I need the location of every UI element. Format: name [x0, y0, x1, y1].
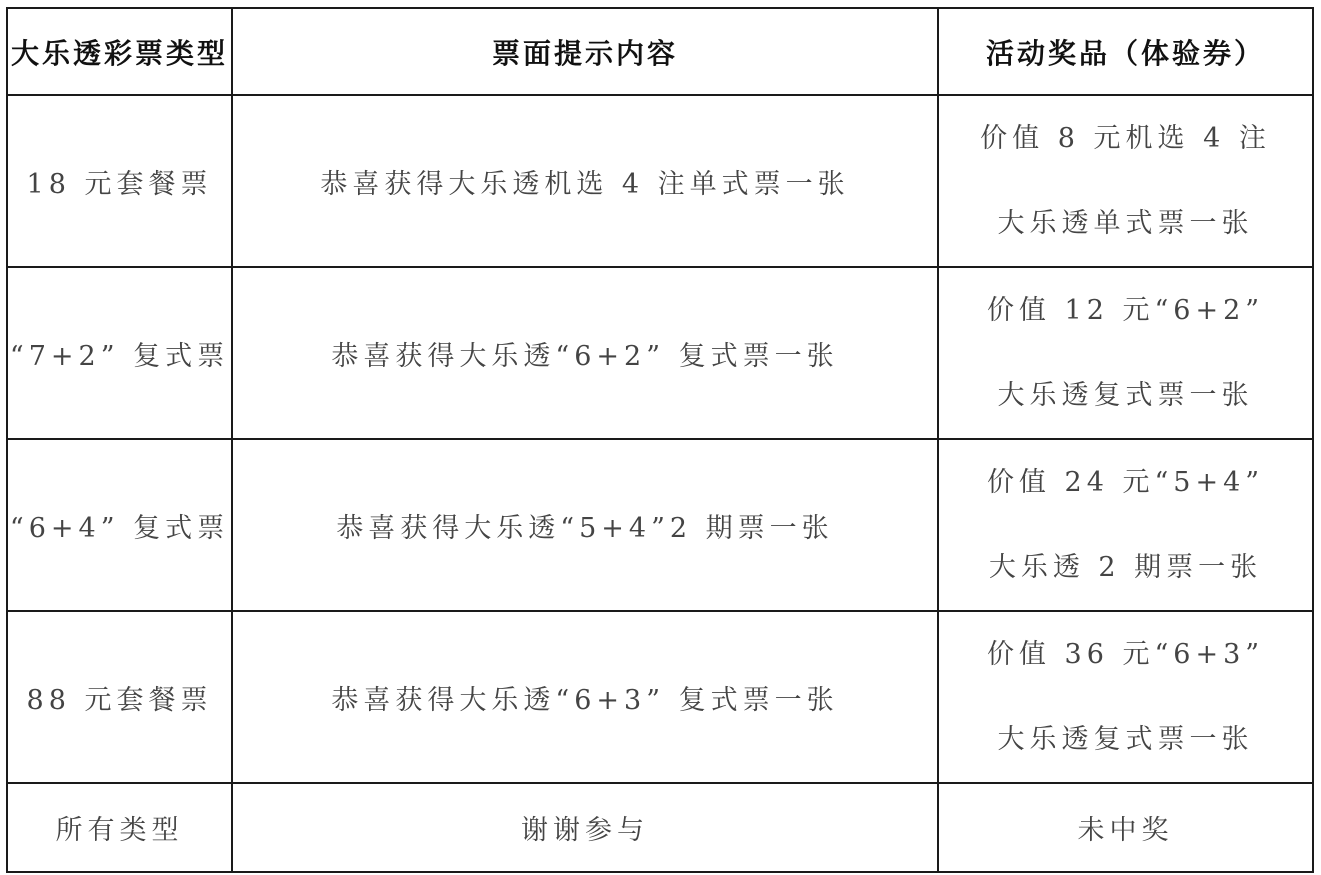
ticket-prompt-cell: 恭喜获得大乐透“5+4”2 期票一张 — [232, 439, 938, 611]
prize-table: 大乐透彩票类型 票面提示内容 活动奖品（体验券） 18 元套餐票 恭喜获得大乐透… — [6, 7, 1314, 873]
prize-line: 价值 12 元“6+2” — [939, 268, 1312, 353]
header-ticket-type: 大乐透彩票类型 — [7, 8, 232, 95]
prize-cell: 价值 12 元“6+2” 大乐透复式票一张 — [938, 267, 1313, 439]
prize-line: 价值 8 元机选 4 注 — [939, 96, 1312, 181]
prize-line: 价值 36 元“6+3” — [939, 612, 1312, 697]
ticket-type-cell: 所有类型 — [7, 783, 232, 872]
table-row: 18 元套餐票 恭喜获得大乐透机选 4 注单式票一张 价值 8 元机选 4 注 … — [7, 95, 1313, 267]
prize-line: 大乐透复式票一张 — [939, 697, 1312, 782]
prize-line: 大乐透复式票一张 — [939, 353, 1312, 438]
table-row: 所有类型 谢谢参与 未中奖 — [7, 783, 1313, 872]
prize-line: 大乐透 2 期票一张 — [939, 525, 1312, 610]
ticket-prompt-cell: 谢谢参与 — [232, 783, 938, 872]
prize-cell: 价值 24 元“5+4” 大乐透 2 期票一张 — [938, 439, 1313, 611]
header-ticket-prompt: 票面提示内容 — [232, 8, 938, 95]
table-row: “6+4” 复式票 恭喜获得大乐透“5+4”2 期票一张 价值 24 元“5+4… — [7, 439, 1313, 611]
ticket-type-cell: 88 元套餐票 — [7, 611, 232, 783]
prize-line: 大乐透单式票一张 — [939, 181, 1312, 266]
ticket-type-cell: 18 元套餐票 — [7, 95, 232, 267]
prize-cell: 未中奖 — [938, 783, 1313, 872]
ticket-type-cell: “6+4” 复式票 — [7, 439, 232, 611]
ticket-prompt-cell: 恭喜获得大乐透“6+3” 复式票一张 — [232, 611, 938, 783]
prize-cell: 价值 36 元“6+3” 大乐透复式票一张 — [938, 611, 1313, 783]
prize-cell: 价值 8 元机选 4 注 大乐透单式票一张 — [938, 95, 1313, 267]
table-row: 88 元套餐票 恭喜获得大乐透“6+3” 复式票一张 价值 36 元“6+3” … — [7, 611, 1313, 783]
ticket-prompt-cell: 恭喜获得大乐透机选 4 注单式票一张 — [232, 95, 938, 267]
header-row: 大乐透彩票类型 票面提示内容 活动奖品（体验券） — [7, 8, 1313, 95]
table-row: “7+2” 复式票 恭喜获得大乐透“6+2” 复式票一张 价值 12 元“6+2… — [7, 267, 1313, 439]
ticket-type-cell: “7+2” 复式票 — [7, 267, 232, 439]
prize-line: 价值 24 元“5+4” — [939, 440, 1312, 525]
header-prize: 活动奖品（体验券） — [938, 8, 1313, 95]
ticket-prompt-cell: 恭喜获得大乐透“6+2” 复式票一张 — [232, 267, 938, 439]
